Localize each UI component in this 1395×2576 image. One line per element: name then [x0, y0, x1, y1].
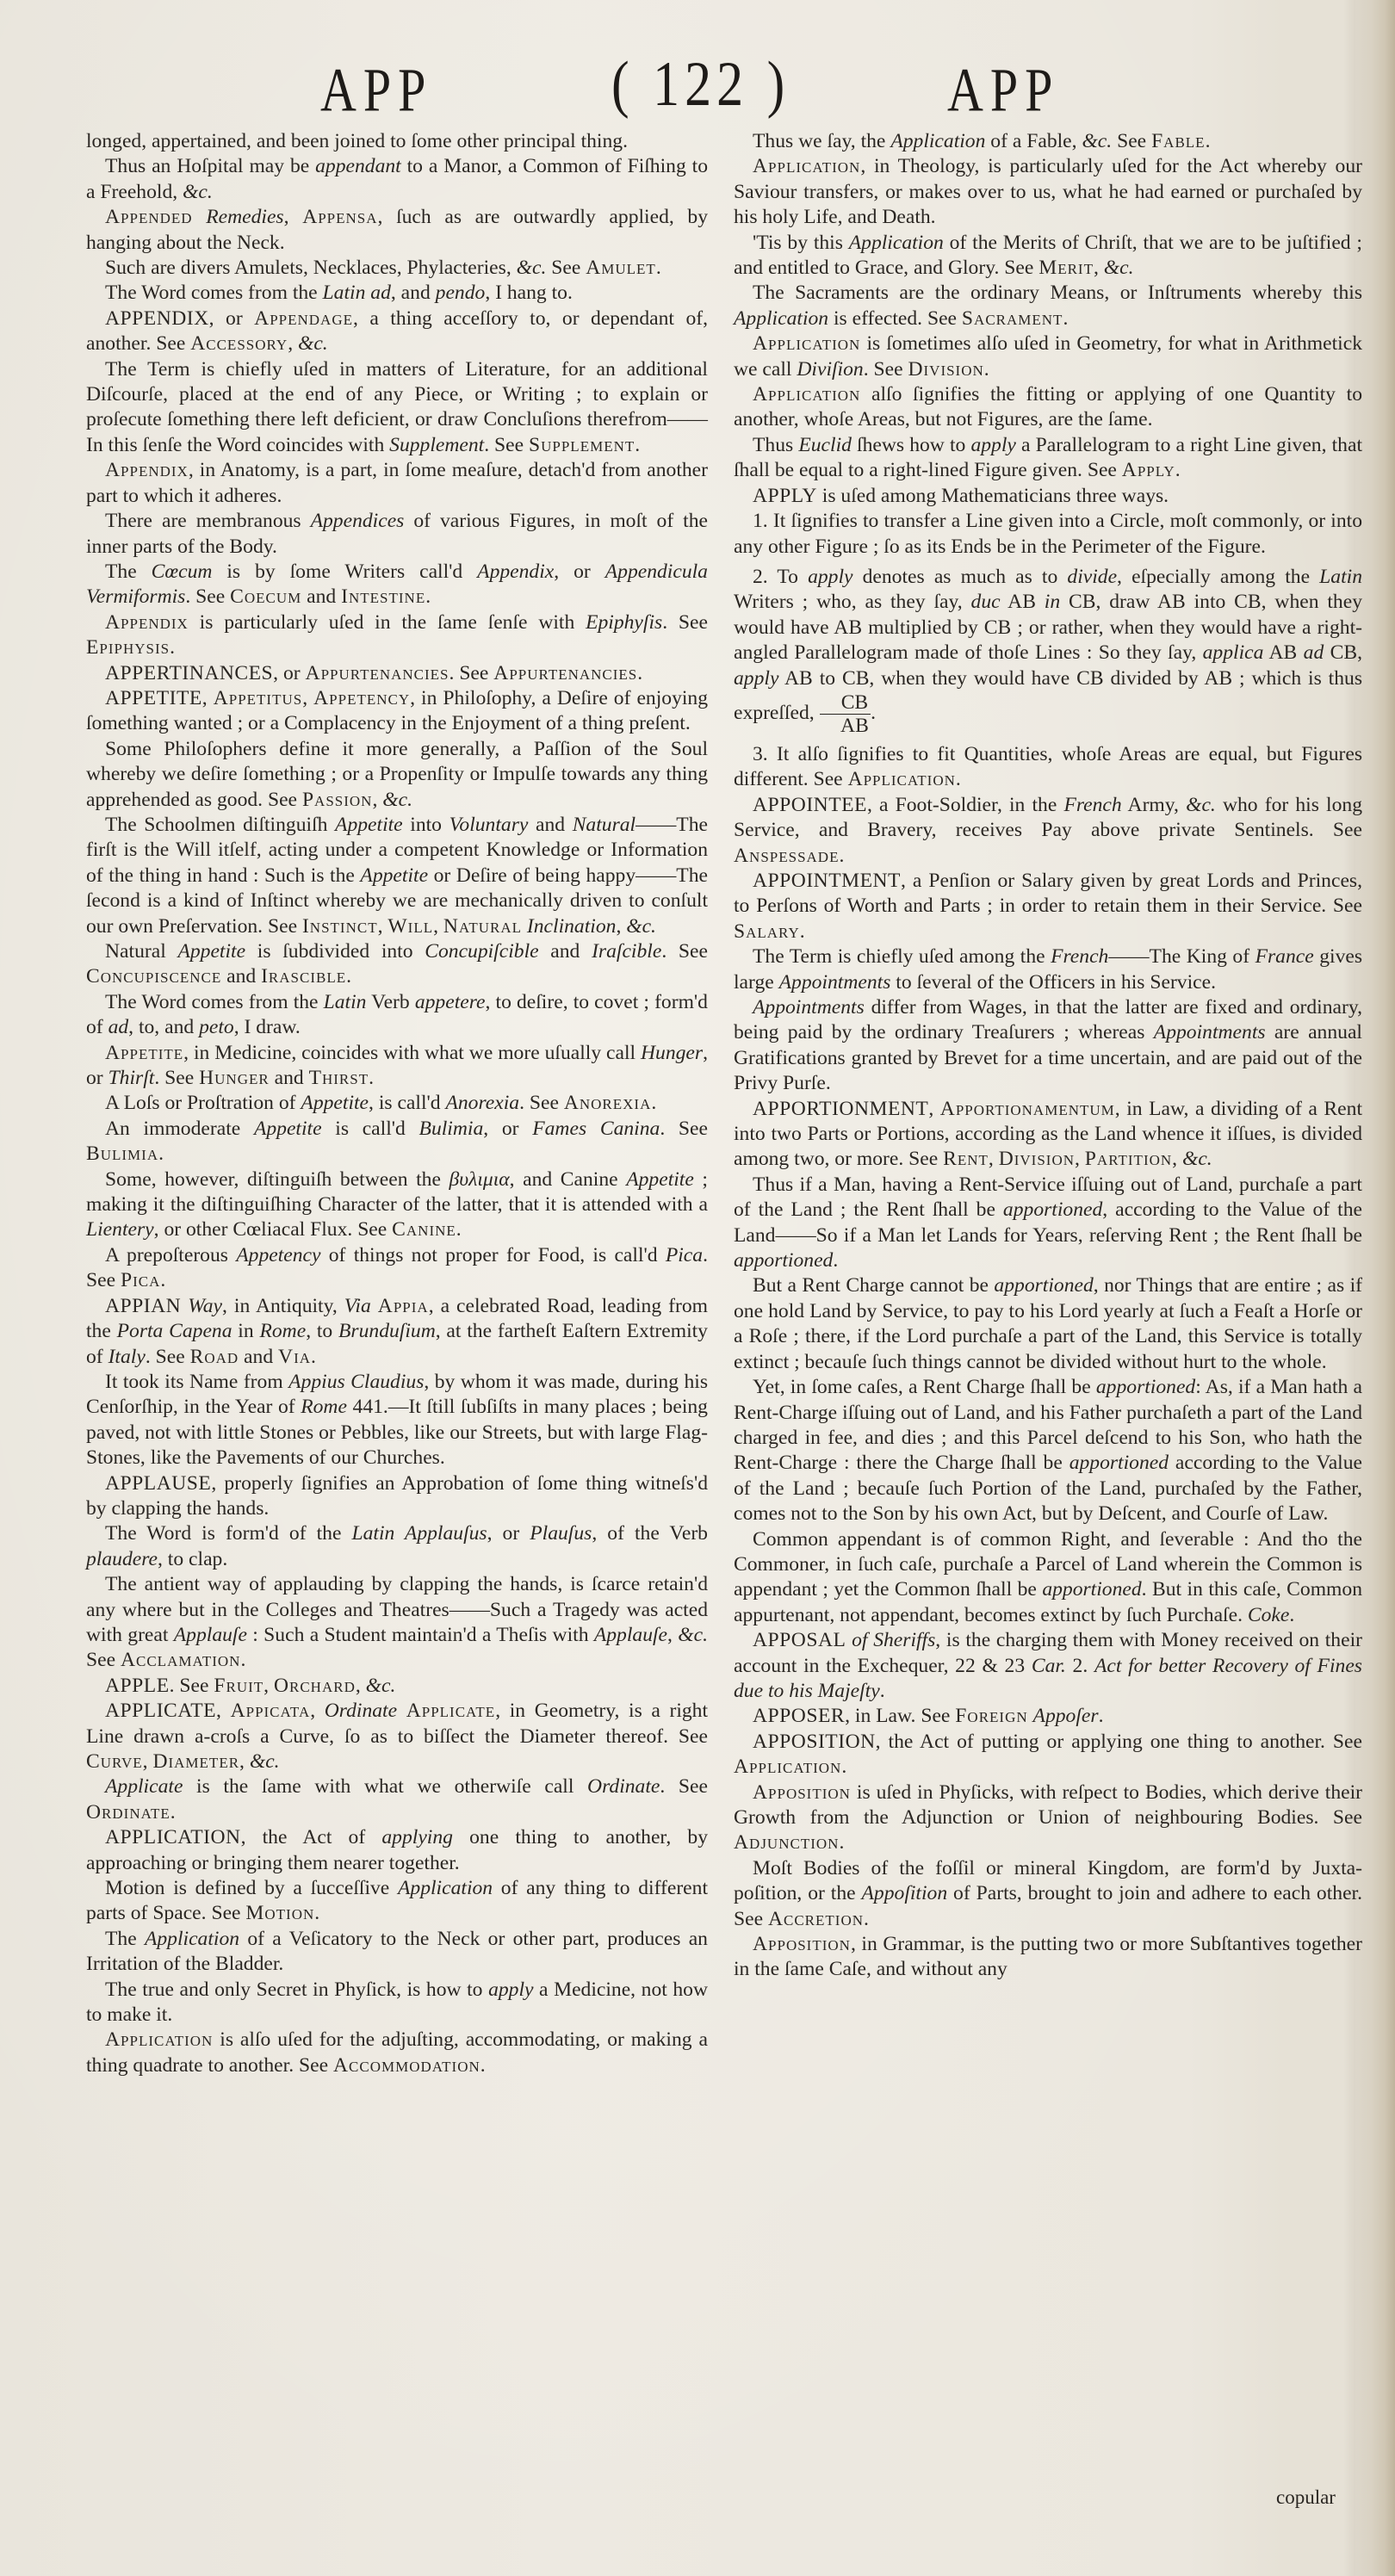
italic-term: Cœcum	[152, 560, 213, 583]
cross-reference: Passion	[302, 789, 373, 811]
entry-paragraph: Apposition, in Grammar, is the putting t…	[734, 1932, 1362, 1983]
italic-term: Brunduſium	[338, 1320, 436, 1342]
italic-term: &c.	[517, 257, 547, 279]
italic-term: Supplement	[389, 434, 484, 456]
text-run: is by ſome Writers call'd	[212, 560, 477, 583]
entry-paragraph: There are membranous Appendices of vario…	[86, 509, 708, 560]
text-run: ,	[1075, 1148, 1085, 1170]
italic-term: Application	[145, 1928, 239, 1950]
cross-reference: Pica	[121, 1269, 160, 1291]
italic-term: Appoſition	[862, 1882, 948, 1904]
text-run: and	[539, 940, 592, 963]
entry-paragraph: The Schoolmen diſtinguiſh Appetite into …	[86, 813, 708, 939]
text-run: , of the Verb	[592, 1522, 708, 1545]
cross-reference: Acclamation	[121, 1649, 241, 1671]
left-column: longed, appertained, and been joined to …	[86, 129, 708, 2078]
text-run: The Term is chiefly uſed among the	[753, 945, 1051, 968]
cross-reference: Appendix	[105, 611, 189, 634]
italic-term: French	[1063, 794, 1121, 816]
cross-reference: Appendage	[254, 307, 353, 330]
cross-reference: Application	[734, 1756, 841, 1778]
headword: APPORTIONMENT	[753, 1098, 928, 1120]
text-run: , to clap.	[158, 1548, 227, 1570]
italic-term: Car.	[1032, 1655, 1066, 1677]
italic-term: Anorexia	[445, 1092, 519, 1114]
entry-paragraph: Appended Remedies, Appensa, ſuch as are …	[86, 205, 708, 256]
italic-term: apply	[970, 434, 1015, 456]
italic-term: appetere	[415, 991, 486, 1013]
text-run: ,	[378, 915, 388, 938]
text-run: .	[651, 1092, 656, 1114]
cross-reference: Instinct	[302, 915, 378, 938]
text-run: , and	[391, 282, 436, 304]
text-run: Thus	[753, 434, 798, 456]
entry-paragraph: The true and only Secret in Phyſick, is …	[86, 1978, 708, 2028]
italic-term: Appetency	[236, 1244, 320, 1266]
entry-paragraph: The Word is form'd of the Latin Applauſu…	[86, 1521, 708, 1572]
text-run: ,	[202, 687, 214, 709]
cross-reference: Application	[753, 332, 860, 355]
text-run: AB	[1001, 591, 1045, 613]
italic-term: Inclination	[527, 915, 617, 938]
cross-reference: Thirst	[309, 1067, 369, 1089]
entry-paragraph: Thus we ſay, the Application of a Fable,…	[734, 129, 1362, 154]
italic-term: Latin Applauſus	[351, 1522, 487, 1545]
headword: APPOSITION	[753, 1731, 876, 1753]
italic-term: applying	[381, 1826, 453, 1848]
cross-reference: Adjunction	[734, 1831, 839, 1854]
cross-reference: Appia	[378, 1295, 429, 1317]
text-run: The	[105, 1928, 145, 1950]
text-run: AB	[1263, 641, 1303, 664]
headword: APPLE	[105, 1675, 170, 1697]
italic-term: βυλιμια	[449, 1168, 510, 1191]
text-run: 1. It ſignifies to transfer a Line given…	[734, 510, 1362, 557]
cross-reference: Natural	[443, 915, 522, 938]
headword: APPOINTEE	[753, 794, 867, 816]
entry-paragraph: It took its Name from Appius Claudius, b…	[86, 1370, 708, 1471]
text-run: is ſubdivided into	[245, 940, 425, 963]
text-run: 'Tis by this	[753, 232, 849, 254]
italic-term: &c.	[626, 915, 656, 938]
text-run: .	[841, 1756, 846, 1778]
italic-term: apply	[734, 667, 778, 690]
cross-reference: Motion	[245, 1902, 314, 1924]
text-run: Army,	[1122, 794, 1186, 816]
text-run: 3. It alſo ſignifies to fit Quantities, …	[734, 743, 1362, 790]
catchword: copular	[1276, 2486, 1336, 2509]
italic-term: Appetite	[335, 814, 403, 836]
entry-paragraph: The antient way of applauding by clappin…	[86, 1572, 708, 1674]
cross-reference: Applicate	[406, 1700, 496, 1722]
text-run: and	[239, 1346, 278, 1368]
italic-term: &c.	[298, 332, 328, 355]
text-run: See	[86, 1649, 121, 1671]
text-run: ,	[616, 915, 626, 938]
cross-reference: Division	[999, 1148, 1075, 1170]
cross-reference: Partition	[1085, 1148, 1172, 1170]
text-run: ,	[1172, 1148, 1182, 1170]
text-run: ,	[989, 1148, 999, 1170]
cross-reference: Appetitus	[214, 687, 303, 709]
italic-term: &c.	[250, 1750, 280, 1773]
text-run: , I hang to.	[485, 282, 573, 304]
headword: APPLICATE	[105, 1700, 216, 1722]
text-run: The Word is form'd of the	[105, 1522, 351, 1545]
fraction: CBAB	[820, 691, 871, 737]
italic-term: Appendices	[311, 510, 405, 532]
text-run: ,	[433, 915, 443, 938]
text-run: .	[170, 636, 175, 659]
entry-paragraph: APPENDIX, or Appendage, a thing acceſſor…	[86, 307, 708, 357]
text-run: A Loſs or Proſtration of	[105, 1092, 301, 1114]
text-run: , to, and	[128, 1016, 199, 1038]
text-run: Such are divers Amulets, Necklaces, Phyl…	[105, 257, 517, 279]
text-run: .	[833, 1249, 838, 1272]
italic-term: Applauſe	[174, 1624, 247, 1646]
italic-term: &c.	[1104, 257, 1134, 279]
italic-term: France	[1255, 945, 1314, 968]
text-run: .	[956, 768, 961, 790]
entry-paragraph: 3. It alſo ſignifies to fit Quantities, …	[734, 742, 1362, 793]
italic-term: Pica	[666, 1244, 703, 1266]
italic-term: Iraſcible	[592, 940, 661, 963]
text-run: , eſpecially among the	[1117, 566, 1319, 588]
italic-term: apportioned	[1003, 1198, 1102, 1221]
italic-term: Epiphyſis	[586, 611, 662, 634]
italic-term: Application	[849, 232, 944, 254]
entry-paragraph: APPLICATE, Appicata, Ordinate Applicate,…	[86, 1699, 708, 1774]
text-run: , or	[273, 662, 305, 684]
italic-term: Appointments	[1154, 1021, 1266, 1043]
cross-reference: Appurtenancies	[493, 662, 637, 684]
cross-reference: Epiphysis	[86, 636, 170, 659]
text-run: Thus an Hoſpital may be	[105, 155, 315, 177]
text-run: .	[160, 1269, 165, 1291]
text-run: denotes as much as to	[853, 566, 1068, 588]
entry-paragraph: APPLAUSE, properly ſignifies an Approbat…	[86, 1471, 708, 1522]
text-run: .	[170, 1801, 176, 1824]
text-run: . See	[662, 611, 708, 634]
text-run: 2. To	[753, 566, 808, 588]
entry-paragraph: An immoderate Appetite is call'd Bulimia…	[86, 1117, 708, 1167]
italic-term: Application	[398, 1877, 493, 1899]
italic-term: &c.	[382, 789, 412, 811]
headword: APPOSER	[753, 1705, 845, 1727]
right-column: Thus we ſay, the Application of a Fable,…	[734, 129, 1362, 1983]
text-run: , I draw.	[234, 1016, 301, 1038]
italic-term: &c.	[1082, 130, 1112, 152]
text-run: and	[221, 965, 261, 988]
cross-reference: Merit	[1038, 257, 1094, 279]
text-run: .	[864, 1908, 869, 1930]
cross-reference: Ordinate	[86, 1801, 170, 1824]
text-run: .	[1099, 1705, 1104, 1727]
text-run: . See	[170, 1675, 214, 1697]
entry-paragraph: Such are divers Amulets, Necklaces, Phyl…	[86, 256, 708, 281]
entry-paragraph: The Application of a Veſicatory to the N…	[86, 1927, 708, 1978]
entry-paragraph: The Cœcum is by ſome Writers call'd Appe…	[86, 560, 708, 610]
cross-reference: Appetite	[105, 1042, 183, 1064]
headword: APPLAUSE	[105, 1472, 211, 1495]
headword: APPERTINANCES	[105, 662, 273, 684]
italic-term: duc	[971, 591, 1001, 613]
entry-paragraph: Appendix, in Anatomy, is a part, in ſome…	[86, 458, 708, 509]
text-run: .	[1175, 459, 1181, 481]
text-run	[397, 1700, 406, 1722]
text-run: Some, however, diſtinguiſh between the	[105, 1168, 449, 1191]
entry-paragraph: APPETITE, Appetitus, Appetency, in Philo…	[86, 686, 708, 737]
entry-paragraph: Thus Euclid ſhews how to apply a Paralle…	[734, 433, 1362, 484]
cross-reference: Appended	[105, 206, 193, 228]
text-run	[371, 1295, 378, 1317]
entry-paragraph: Some Philoſophers define it more general…	[86, 737, 708, 813]
entry-paragraph: APPOSER, in Law. See Foreign Appoſer.	[734, 1704, 1362, 1729]
headword: APPETITE	[105, 687, 202, 709]
italic-term: Appetite	[254, 1118, 322, 1140]
italic-term: Rome	[301, 1396, 347, 1418]
text-run: . See	[519, 1092, 564, 1114]
italic-term: peto	[199, 1016, 234, 1038]
text-run: , in Medicine, coincides with what we mo…	[183, 1042, 641, 1064]
text-run: A prepoſterous	[105, 1244, 236, 1266]
text-run: CB,	[1324, 641, 1362, 664]
entry-paragraph: Appetite, in Medicine, coincides with wh…	[86, 1041, 708, 1092]
entry-paragraph: APPLE. See Fruit, Orchard, &c.	[86, 1674, 708, 1699]
text-run: , or	[487, 1522, 530, 1545]
cross-reference: Anorexia	[564, 1092, 652, 1114]
text-run: , the Act of putting or applying one thi…	[876, 1731, 1362, 1753]
text-run: longed, appertained, and been joined to …	[86, 130, 628, 152]
text-run: ——The King of	[1108, 945, 1255, 968]
text-run: ,	[310, 1700, 325, 1722]
entry-paragraph: 2. To apply denotes as much as to divide…	[734, 565, 1362, 737]
italic-term: apply	[488, 1978, 533, 2001]
entry-paragraph: The Term is chiefly uſed in matters of L…	[86, 357, 708, 459]
text-run: ſhews how to	[852, 434, 971, 456]
italic-term: Hunger	[641, 1042, 703, 1064]
cross-reference: Rent	[943, 1148, 989, 1170]
headword: APPLY	[753, 485, 817, 507]
entry-paragraph: Some, however, diſtinguiſh between the β…	[86, 1167, 708, 1243]
italic-term: applica	[1203, 641, 1264, 664]
text-run: .	[240, 1649, 245, 1671]
text-run: .	[480, 2054, 486, 2077]
cross-reference: Concupiscence	[86, 965, 221, 988]
text-run: But a Rent Charge cannot be	[753, 1274, 994, 1297]
text-run: .	[346, 965, 351, 988]
text-run: , the Act of	[241, 1826, 382, 1848]
text-run: Motion is defined by a ſucceſſive	[105, 1877, 398, 1899]
entry-paragraph: 'Tis by this Application of the Merits o…	[734, 231, 1362, 282]
text-run: into	[403, 814, 449, 836]
text-run: ,	[667, 1624, 678, 1646]
text-run: . See	[154, 1067, 199, 1089]
entry-paragraph: APPOINTEE, a Foot-Soldier, in the French…	[734, 793, 1362, 869]
entry-paragraph: Natural Appetite is ſubdivided into Conc…	[86, 939, 708, 990]
cross-reference: Irascible	[261, 965, 346, 988]
text-run: .	[656, 257, 661, 279]
entry-paragraph: APPLICATION, the Act of applying one thi…	[86, 1825, 708, 1876]
text-run: .	[880, 1680, 885, 1702]
italic-term: ad	[1304, 641, 1324, 664]
text-run: .	[839, 845, 844, 867]
italic-term: Italy	[108, 1346, 146, 1368]
text-run: The Sacraments are the ordinary Means, o…	[753, 282, 1362, 304]
text-run: is particularly uſed in the ſame ſenſe w…	[189, 611, 586, 634]
text-run: ,	[288, 332, 298, 355]
text-run: .	[369, 1067, 374, 1089]
text-run: ,	[284, 206, 303, 228]
text-run: is call'd	[322, 1118, 419, 1140]
italic-term: Thirſt	[108, 1067, 155, 1089]
text-run: . See	[661, 940, 708, 963]
text-run: The Schoolmen diſtinguiſh	[105, 814, 335, 836]
entry-paragraph: Thus an Hoſpital may be appendant to a M…	[86, 154, 708, 205]
italic-term: Application	[890, 130, 985, 152]
text-run: ,	[143, 1750, 153, 1773]
entry-paragraph: The Term is chiefly uſed among the Frenc…	[734, 944, 1362, 995]
text-run: There are membranous	[105, 510, 311, 532]
italic-term: appendant	[315, 155, 401, 177]
cross-reference: Appetency	[313, 687, 410, 709]
italic-term: French	[1051, 945, 1108, 968]
italic-term: Diviſion	[797, 358, 863, 381]
cross-reference: Apportionamentum	[940, 1098, 1115, 1120]
cross-reference: Will	[387, 915, 433, 938]
italic-term: Porta Capena	[117, 1320, 232, 1342]
header-left-word: APP	[320, 53, 432, 126]
text-run: .	[311, 1346, 316, 1368]
italic-term: Via	[344, 1295, 371, 1317]
text-run: .	[425, 585, 431, 608]
text-run: ,	[928, 1098, 939, 1120]
cross-reference: Division	[908, 358, 983, 381]
headword: APPOINTMENT	[753, 870, 901, 892]
text-run: 2.	[1066, 1655, 1094, 1677]
italic-term: Appointments	[779, 971, 891, 994]
italic-term: Application	[734, 307, 828, 330]
cross-reference: Supplement	[529, 434, 635, 456]
text-run: is uſed among Mathematicians three ways.	[817, 485, 1169, 507]
italic-term: &c.	[1182, 1148, 1212, 1170]
entry-paragraph: APPOINTMENT, a Penſion or Salary given b…	[734, 869, 1362, 944]
text-run: .	[800, 920, 805, 943]
text-run: Natural	[105, 940, 177, 963]
italic-term: &c.	[1186, 794, 1216, 816]
entry-paragraph: APPOSAL of Sheriffs, is the charging the…	[734, 1628, 1362, 1704]
italic-term: apportioned	[734, 1249, 833, 1272]
cross-reference: Appensa	[302, 206, 377, 228]
text-run: to ſeveral of the Officers in his Servic…	[890, 971, 1216, 994]
text-run: , and Canine	[510, 1168, 627, 1191]
italic-term: plaudere	[86, 1548, 158, 1570]
italic-term: apportioned	[994, 1274, 1093, 1297]
text-run: .	[314, 1902, 319, 1924]
text-run: is the ſame with what we otherwiſe call	[183, 1775, 587, 1798]
cross-reference: Accessory	[190, 332, 288, 355]
italic-term: &c.	[678, 1624, 708, 1646]
italic-term: Remedies	[206, 206, 283, 228]
entry-paragraph: The Word comes from the Latin ad, and pe…	[86, 281, 708, 306]
entry-paragraph: Yet, in ſome caſes, a Rent Charge ſhall …	[734, 1375, 1362, 1526]
text-run: . See	[660, 1775, 708, 1798]
text-run: . See	[484, 434, 529, 456]
text-run: The Word comes from the	[105, 991, 324, 1013]
text-run: ,	[356, 1675, 366, 1697]
italic-term: Appetite	[626, 1168, 694, 1191]
text-run: of things not proper for Food, is call'd	[320, 1244, 665, 1266]
text-run: . See	[185, 585, 230, 608]
italic-term: Voluntary	[449, 814, 529, 836]
text-run: Thus we ſay, the	[753, 130, 890, 152]
fraction-numerator: CB	[820, 691, 871, 715]
entry-paragraph: Applicate is the ſame with what we other…	[86, 1774, 708, 1825]
entry-paragraph: Appendix is particularly uſed in the ſam…	[86, 610, 708, 661]
text-run: .	[635, 434, 640, 456]
italic-term: Appius Claudius	[288, 1371, 424, 1393]
italic-term: Applicate	[105, 1775, 183, 1798]
cross-reference: Bulimia	[86, 1142, 158, 1165]
text-run: . See	[449, 662, 494, 684]
cross-reference: Amulet	[586, 257, 656, 279]
text-run: The true and only Secret in Phyſick, is …	[105, 1978, 488, 2001]
text-run: , or	[209, 307, 255, 330]
entry-paragraph: But a Rent Charge cannot be apportioned,…	[734, 1273, 1362, 1375]
entry-paragraph: Common appendant is of common Right, and…	[734, 1527, 1362, 1629]
italic-term: Appendix	[477, 560, 554, 583]
entry-paragraph: Application alſo ſignifies the fitting o…	[734, 382, 1362, 433]
text-run	[193, 206, 207, 228]
cross-reference: Application	[848, 768, 956, 790]
entry-paragraph: Application is alſo uſed for the adjuſti…	[86, 2028, 708, 2078]
text-run: and	[301, 585, 341, 608]
italic-term: Latin	[1319, 566, 1362, 588]
italic-term: Latin ad	[323, 282, 391, 304]
cross-reference: Accommodation	[333, 2054, 480, 2077]
page-number: ( 122 )	[611, 48, 790, 121]
italic-term: apportioned	[1096, 1376, 1195, 1398]
text-run: .	[984, 358, 989, 381]
fraction-denominator: AB	[820, 715, 871, 737]
entry-paragraph: 1. It ſignifies to transfer a Line given…	[734, 509, 1362, 560]
italic-term: pendo	[436, 282, 486, 304]
italic-term: divide	[1067, 566, 1117, 588]
text-run: : Such a Student maintain'd a Theſis wit…	[247, 1624, 594, 1646]
italic-term: Appetite	[177, 940, 245, 963]
entry-paragraph: Moſt Bodies of the foſſil or mineral Kin…	[734, 1856, 1362, 1932]
text-run: It took its Name from	[105, 1371, 288, 1393]
italic-term: Ordinate	[325, 1700, 397, 1722]
cross-reference: Fruit	[214, 1675, 263, 1697]
italic-term: &c.	[366, 1675, 396, 1697]
text-run: .	[1289, 1604, 1294, 1626]
cross-reference: Hunger	[199, 1067, 270, 1089]
italic-term: apply	[808, 566, 852, 588]
cross-reference: Fable	[1151, 130, 1206, 152]
headword: APPIAN	[105, 1295, 181, 1317]
text-run: ,	[216, 1700, 231, 1722]
italic-term: Rome	[259, 1320, 306, 1342]
text-run: .	[637, 662, 642, 684]
cross-reference: Coecum	[230, 585, 301, 608]
text-run: .	[1206, 130, 1211, 152]
italic-term: Appoſer	[1033, 1705, 1099, 1727]
entry-paragraph: APPLY is uſed among Mathematicians three…	[734, 484, 1362, 509]
text-run: See	[546, 257, 586, 279]
text-run: , or other Cœliacal Flux. See	[154, 1218, 393, 1241]
cross-reference: Application	[753, 383, 860, 406]
